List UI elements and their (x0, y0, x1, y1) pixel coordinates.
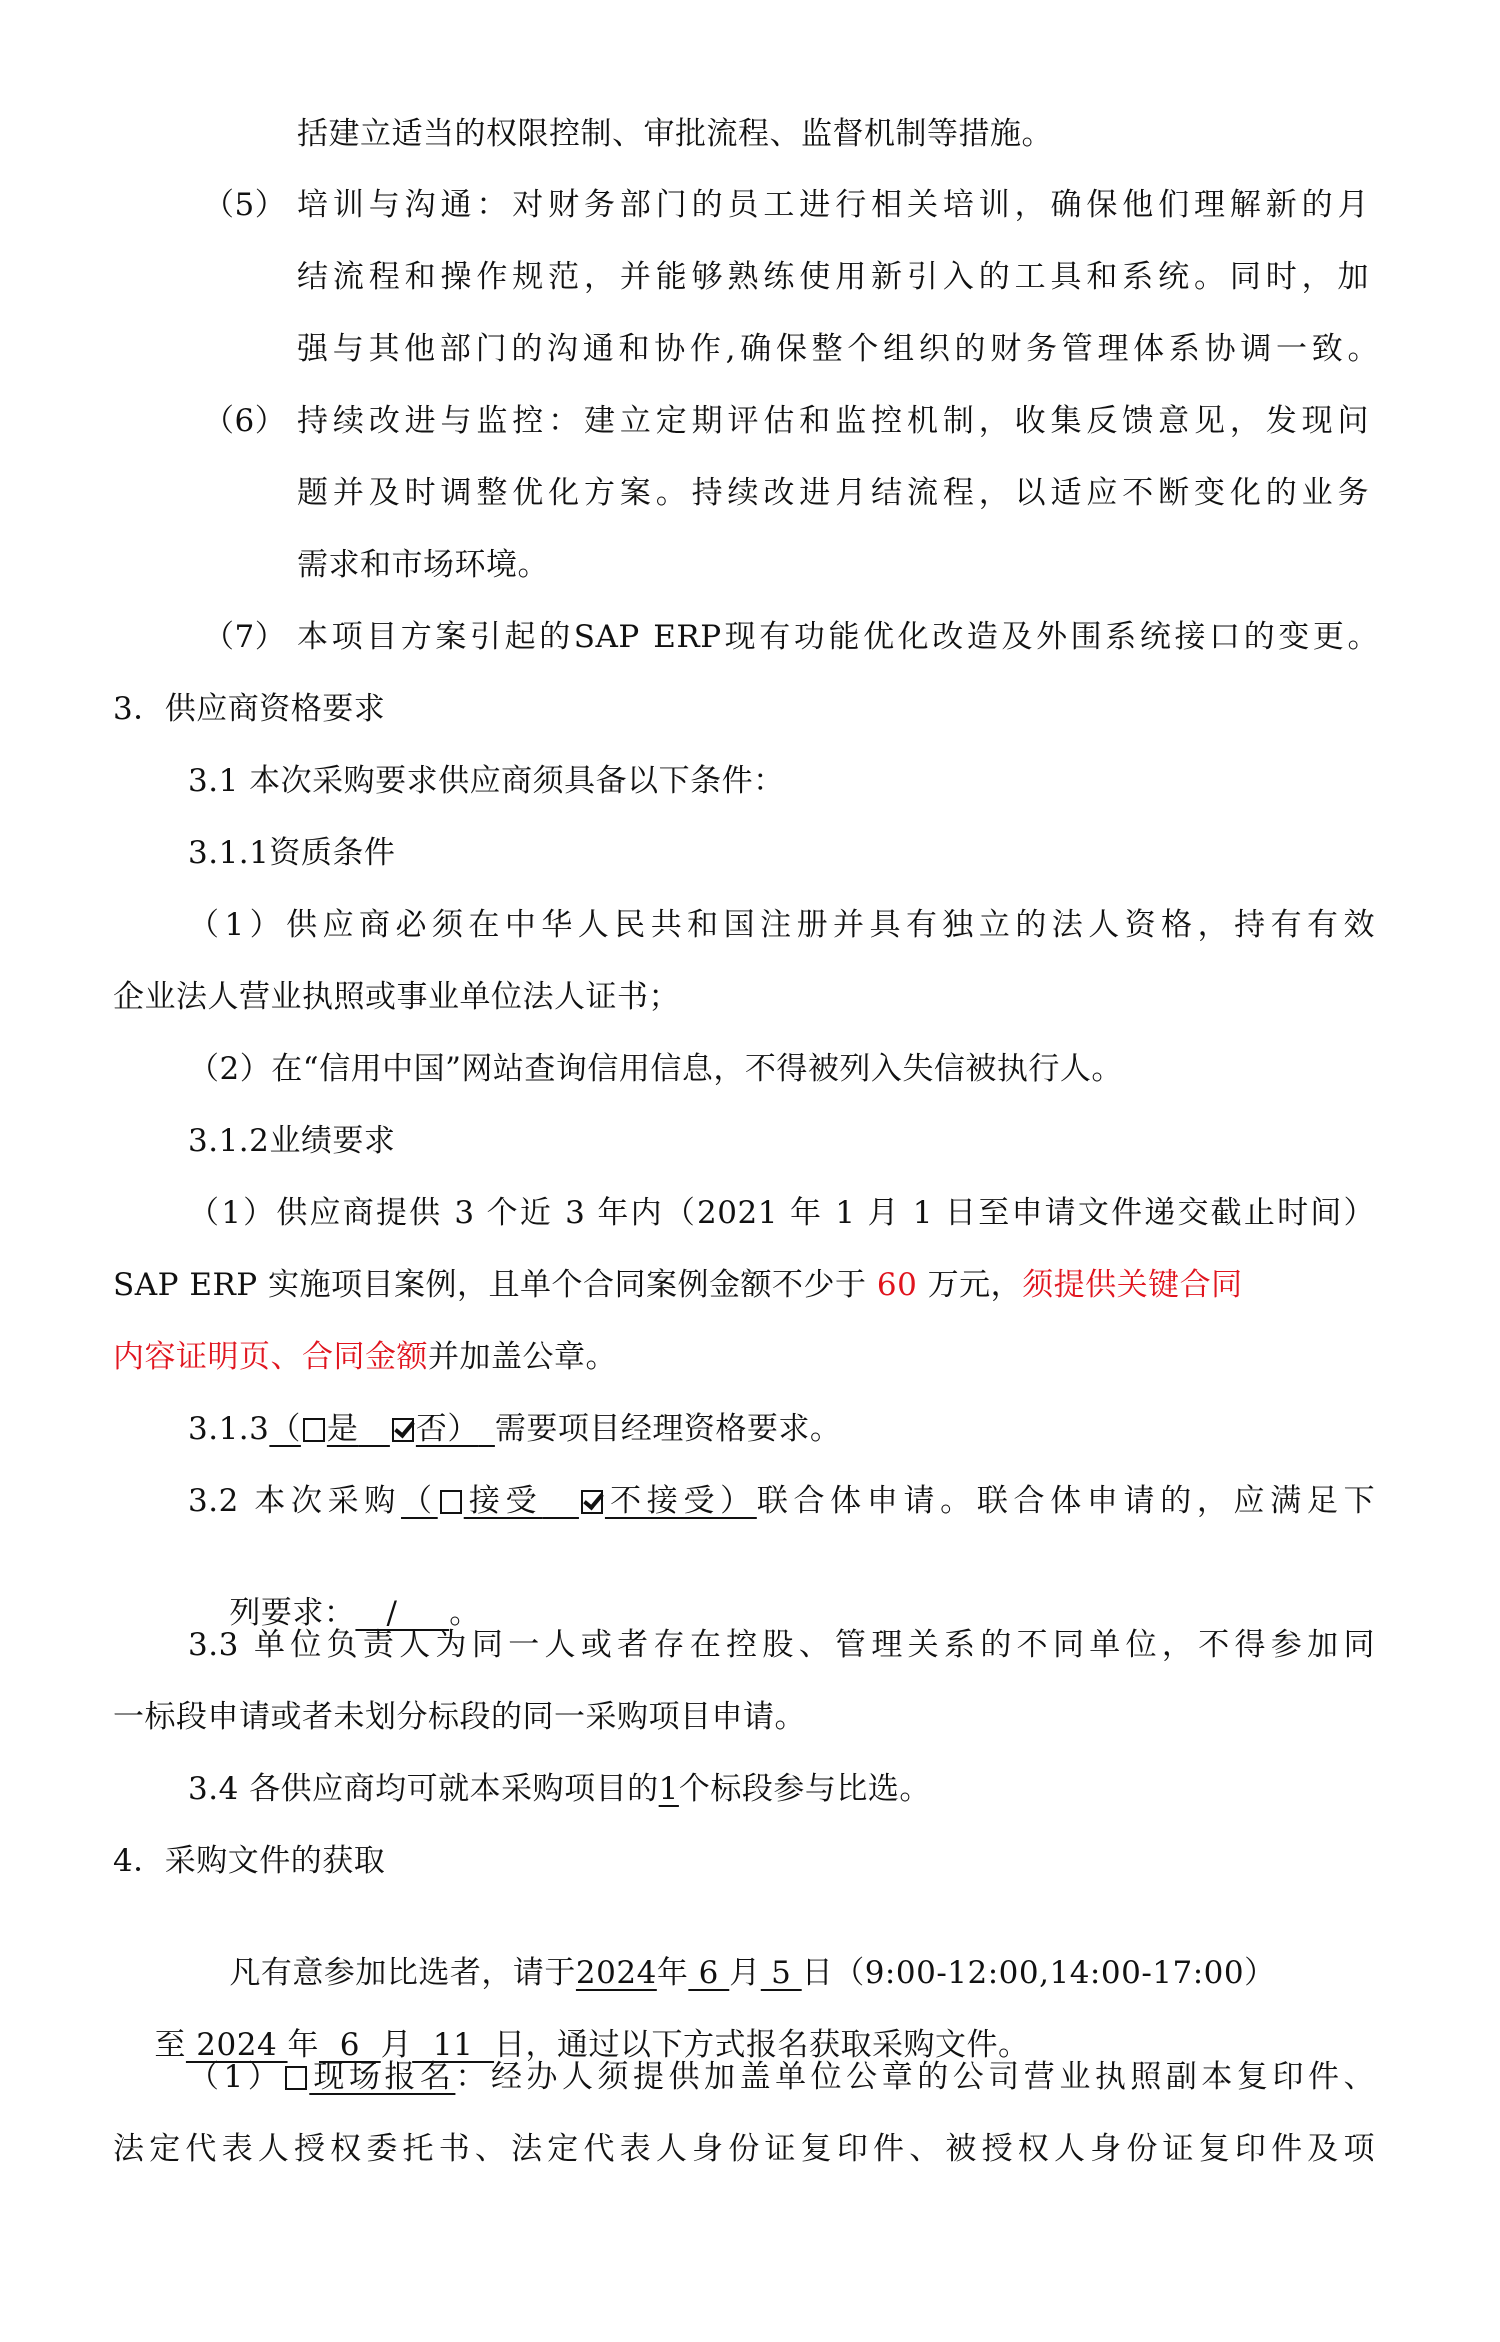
requirement-highlight: 须提供关键合同 (1022, 1267, 1243, 1303)
paragraph-line: 培训与沟通：对财务部门的员工进行相关培训，确保他们理解新的月 (297, 185, 1369, 225)
option-label-no: 否） (416, 1411, 479, 1447)
section-heading-3: 3．供应商资格要求 (113, 689, 385, 729)
paragraph-line: 括建立适当的权限控制、审批流程、监督机制等措施。 (297, 114, 1375, 154)
text: （ (401, 1483, 438, 1519)
consortium-options: （接受 不接受） (401, 1483, 757, 1519)
text: （1） (188, 2059, 283, 2095)
text: SAP ERP 实施项目案例，且单个合同案例金额不少于 (113, 1267, 877, 1303)
subsection-3-1-3: 3.1.3（是 否） 需要项目经理资格要求。 (188, 1409, 841, 1449)
requirement-highlight: 内容证明页、合同金额 (113, 1339, 428, 1375)
subsection-3-1: 3.1 本次采购要求供应商须具备以下条件： (188, 761, 785, 801)
paragraph-line: （1）现场报名：经办人须提供加盖单位公章的公司营业执照副本复印件、 (188, 2057, 1375, 2097)
paragraph-line: SAP ERP 实施项目案例，且单个合同案例金额不少于 60 万元，须提供关键合… (113, 1265, 1375, 1305)
checkbox-consortium-not-accept-checked[interactable] (581, 1490, 603, 1514)
subsection-3-2: 3.2 本次采购（接受 不接受）联合体申请。联合体申请的，应满足下 (188, 1481, 1375, 1521)
subsection-3-1-1: 3.1.1资质条件 (188, 833, 395, 873)
checkbox-onsite-registration[interactable] (285, 2066, 307, 2090)
subsection-3-1-2: 3.1.2业绩要求 (188, 1121, 395, 1161)
option-label-not-accept: 不接受） (605, 1483, 757, 1519)
onsite-registration-label: 现场报名 (309, 2059, 455, 2095)
paragraph-line: 持续改进与监控：建立定期评估和监控机制，收集反馈意见，发现问 (297, 401, 1369, 441)
pm-requirement-options: （是 否） (269, 1411, 495, 1447)
paragraph-line: 至 2024 年 6 月 11 日，通过以下方式报名获取采购文件。 (113, 1985, 1030, 2025)
paragraph-line: 法定代表人授权委托书、法定代表人身份证复印件、被授权人身份证复印件及项 (113, 2129, 1375, 2169)
tender-lot-count: 1 (659, 1771, 679, 1807)
option-label-accept: 接受 (464, 1483, 543, 1519)
paragraph-line: 结流程和操作规范，并能够熟练使用新引入的工具和系统。同时，加 (297, 257, 1369, 297)
amount-highlight: 60 (877, 1267, 917, 1303)
checkbox-pm-no-checked[interactable] (392, 1418, 414, 1442)
subsection-3-4: 3.4 各供应商均可就本采购项目的1个标段参与比选。 (188, 1769, 931, 1809)
paragraph-line: （1）供应商必须在中华人民共和国注册并具有独立的法人资格，持有有效 (188, 905, 1375, 945)
text: 3.2 本次采购 (188, 1483, 401, 1519)
paragraph-line: 一标段申请或者未划分标段的同一采购项目申请。 (113, 1697, 806, 1737)
text: 需要项目经理资格要求。 (495, 1411, 842, 1447)
text: 3.4 各供应商均可就本采购项目的 (188, 1771, 659, 1807)
text: 至 (154, 2027, 186, 2063)
paragraph-line: 需求和市场环境。 (297, 545, 549, 585)
option-label-yes: 是 (327, 1411, 359, 1447)
text: 3.1.3 (188, 1411, 269, 1447)
paragraph-line: 凡有意参加比选者，请于2024年 6 月 5 日（9:00-12:00,14:0… (188, 1913, 1276, 1953)
text: 个标段参与比选。 (679, 1771, 931, 1807)
paragraph-line: 企业法人营业执照或事业单位法人证书； (113, 977, 680, 1017)
paragraph-line: （2）在“信用中国”网站查询信用信息，不得被列入失信被执行人。 (188, 1049, 1123, 1089)
subsection-3-3: 3.3 单位负责人为同一人或者存在控股、管理关系的不同单位，不得参加同 (188, 1625, 1375, 1665)
paragraph-line: 内容证明页、合同金额并加盖公章。 (113, 1337, 617, 1377)
checkbox-consortium-accept[interactable] (440, 1490, 462, 1514)
list-marker-6: （6） (203, 401, 286, 441)
checkbox-pm-yes[interactable] (303, 1418, 325, 1442)
text: 联合体申请。联合体申请的，应满足下 (757, 1483, 1375, 1519)
text: 并加盖公章。 (428, 1339, 617, 1375)
paragraph-line: 本项目方案引起的SAP ERP现有功能优化改造及外围系统接口的变更。 (297, 617, 1379, 657)
section-heading-4: 4．采购文件的获取 (113, 1841, 385, 1881)
paragraph-line: （1）供应商提供 3 个近 3 年内（2021 年 1 月 1 日至申请文件递交… (188, 1193, 1375, 1233)
paragraph-line: 列要求： / 。 (188, 1553, 481, 1593)
text: ：经办人须提供加盖单位公章的公司营业执照副本复印件、 (455, 2059, 1375, 2095)
paragraph-line: 题并及时调整优化方案。持续改进月结流程，以适应不断变化的业务 (297, 473, 1369, 513)
text: （ (269, 1411, 301, 1447)
document-page: 括建立适当的权限控制、审批流程、监督机制等措施。 （5） 培训与沟通：对财务部门… (0, 0, 1500, 2342)
paragraph-line: 强与其他部门的沟通和协作,确保整个组织的财务管理体系协调一致。 (297, 329, 1379, 369)
text: 括建立适当的权限控制、审批流程、监督机制等措施。 (297, 116, 1053, 152)
list-marker-5: （5） (203, 185, 286, 225)
text: 万元， (917, 1267, 1022, 1303)
list-marker-7: （7） (203, 617, 286, 657)
